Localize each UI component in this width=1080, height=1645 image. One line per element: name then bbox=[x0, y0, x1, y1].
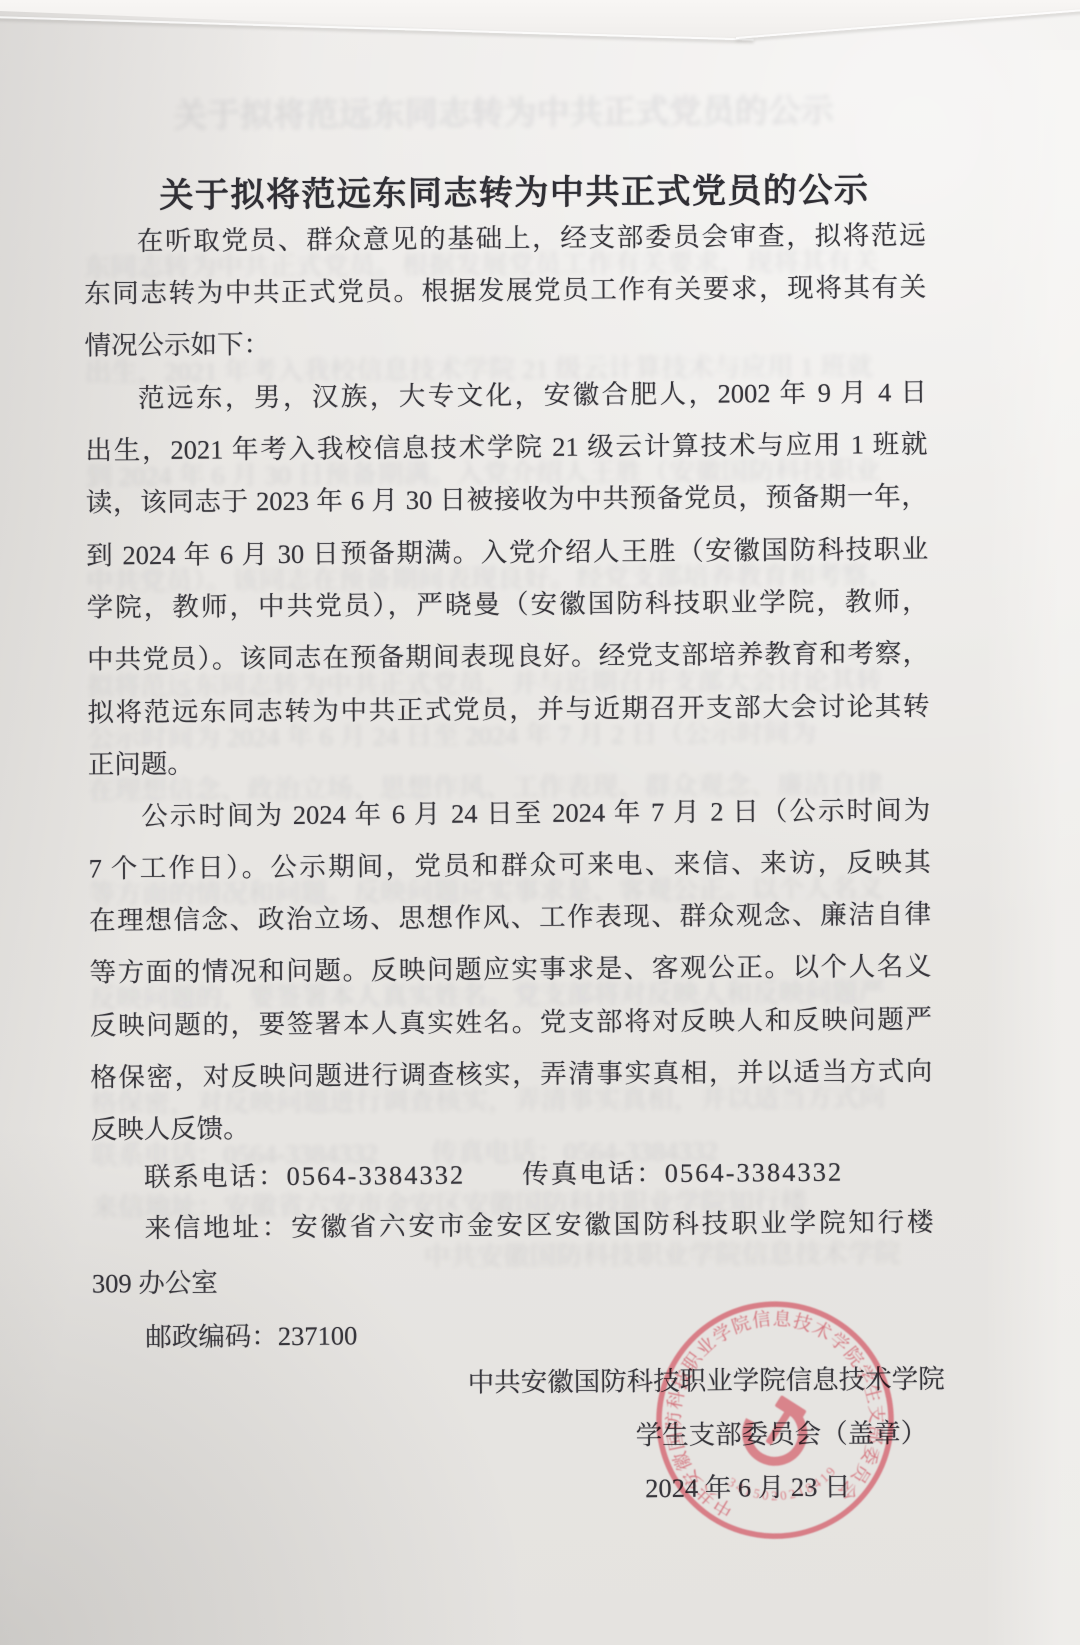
document-photo: 关于拟将范远东同志转为中共正式党员的公示 东同志转为中共正式党员。根据发展党员工… bbox=[0, 0, 1080, 1645]
ghost-line: 关于拟将范远东同志转为中共正式党员的公示 bbox=[83, 93, 925, 136]
body-line-10: 拟将范远东同志转为中共正式党员，并与近期召开支部大会讨论其转 bbox=[87, 688, 929, 731]
body-line-13: 7 个工作日）。公示期间，党员和群众可来电、来信、来访，反映其 bbox=[89, 844, 931, 887]
hammer-sickle-emblem bbox=[731, 1390, 818, 1477]
seal-serial: 3415020218419 bbox=[724, 1460, 843, 1509]
body-line-8: 学院，教师，中共党员），严晓曼（安徽国防科技职业学院，教师， bbox=[86, 583, 928, 626]
official-seal: 中共安徽国防科技职业学院信息技术学院学生支部委员会 3415020218419 bbox=[635, 1280, 915, 1560]
body-line-17: 格保密，对反映问题进行调查核实，弄清事实真相，并以适当方式向 bbox=[90, 1053, 932, 1096]
phone-line: 联系电话：0564-3384332 传真电话：0564-3384332 bbox=[91, 1153, 933, 1196]
body-line-15: 等方面的情况和问题。反映问题应实事求是、客观公正。以个人名义 bbox=[89, 948, 931, 991]
body-line-5: 出生，2021 年考入我校信息技术学院 21 级云计算技术与应用 1 班就 bbox=[85, 426, 927, 469]
body-line-2: 东同志转为中共正式党员。根据发展党员工作有关要求，现将其有关 bbox=[84, 269, 926, 312]
page: 关于拟将范远东同志转为中共正式党员的公示 东同志转为中共正式党员。根据发展党员工… bbox=[0, 0, 1080, 1645]
address-line: 来信地址：安徽省六安市金安区安徽国防科技职业学院知行楼 bbox=[91, 1204, 933, 1247]
body-line-6: 读，该同志于 2023 年 6 月 30 日被接收为中共预备党员，预备期一年， bbox=[86, 478, 928, 521]
body-line-18: 反映人反馈。 bbox=[91, 1105, 933, 1148]
body-line-9: 中共党员）。该同志在预备期间表现良好。经党支部培养教育和考察， bbox=[87, 635, 929, 678]
body-line-12: 公示时间为 2024 年 6 月 24 日至 2024 年 7 月 2 日（公示… bbox=[88, 792, 930, 835]
body-line-3: 情况公示如下： bbox=[84, 321, 926, 364]
body-line-16: 反映问题的，要签署本人真实姓名。党支部将对反映人和反映问题严 bbox=[90, 1001, 932, 1044]
body-line-7: 到 2024 年 6 月 30 日预备期满。入党介绍人王胜（安徽国防科技职业 bbox=[86, 531, 928, 574]
notice-title: 关于拟将范远东同志转为中共正式党员的公示 bbox=[93, 162, 935, 218]
body-line-11: 正问题。 bbox=[88, 740, 930, 783]
body-line-1: 在听取党员、群众意见的基础上，经支部委员会审查，拟将范远 bbox=[84, 217, 926, 260]
body-line-4: 范远东，男，汉族，大专文化，安徽合肥人，2002 年 9 月 4 日 bbox=[85, 374, 927, 417]
body-line-14: 在理想信念、政治立场、思想作风、工作表现、群众观念、廉洁自律 bbox=[89, 896, 931, 939]
